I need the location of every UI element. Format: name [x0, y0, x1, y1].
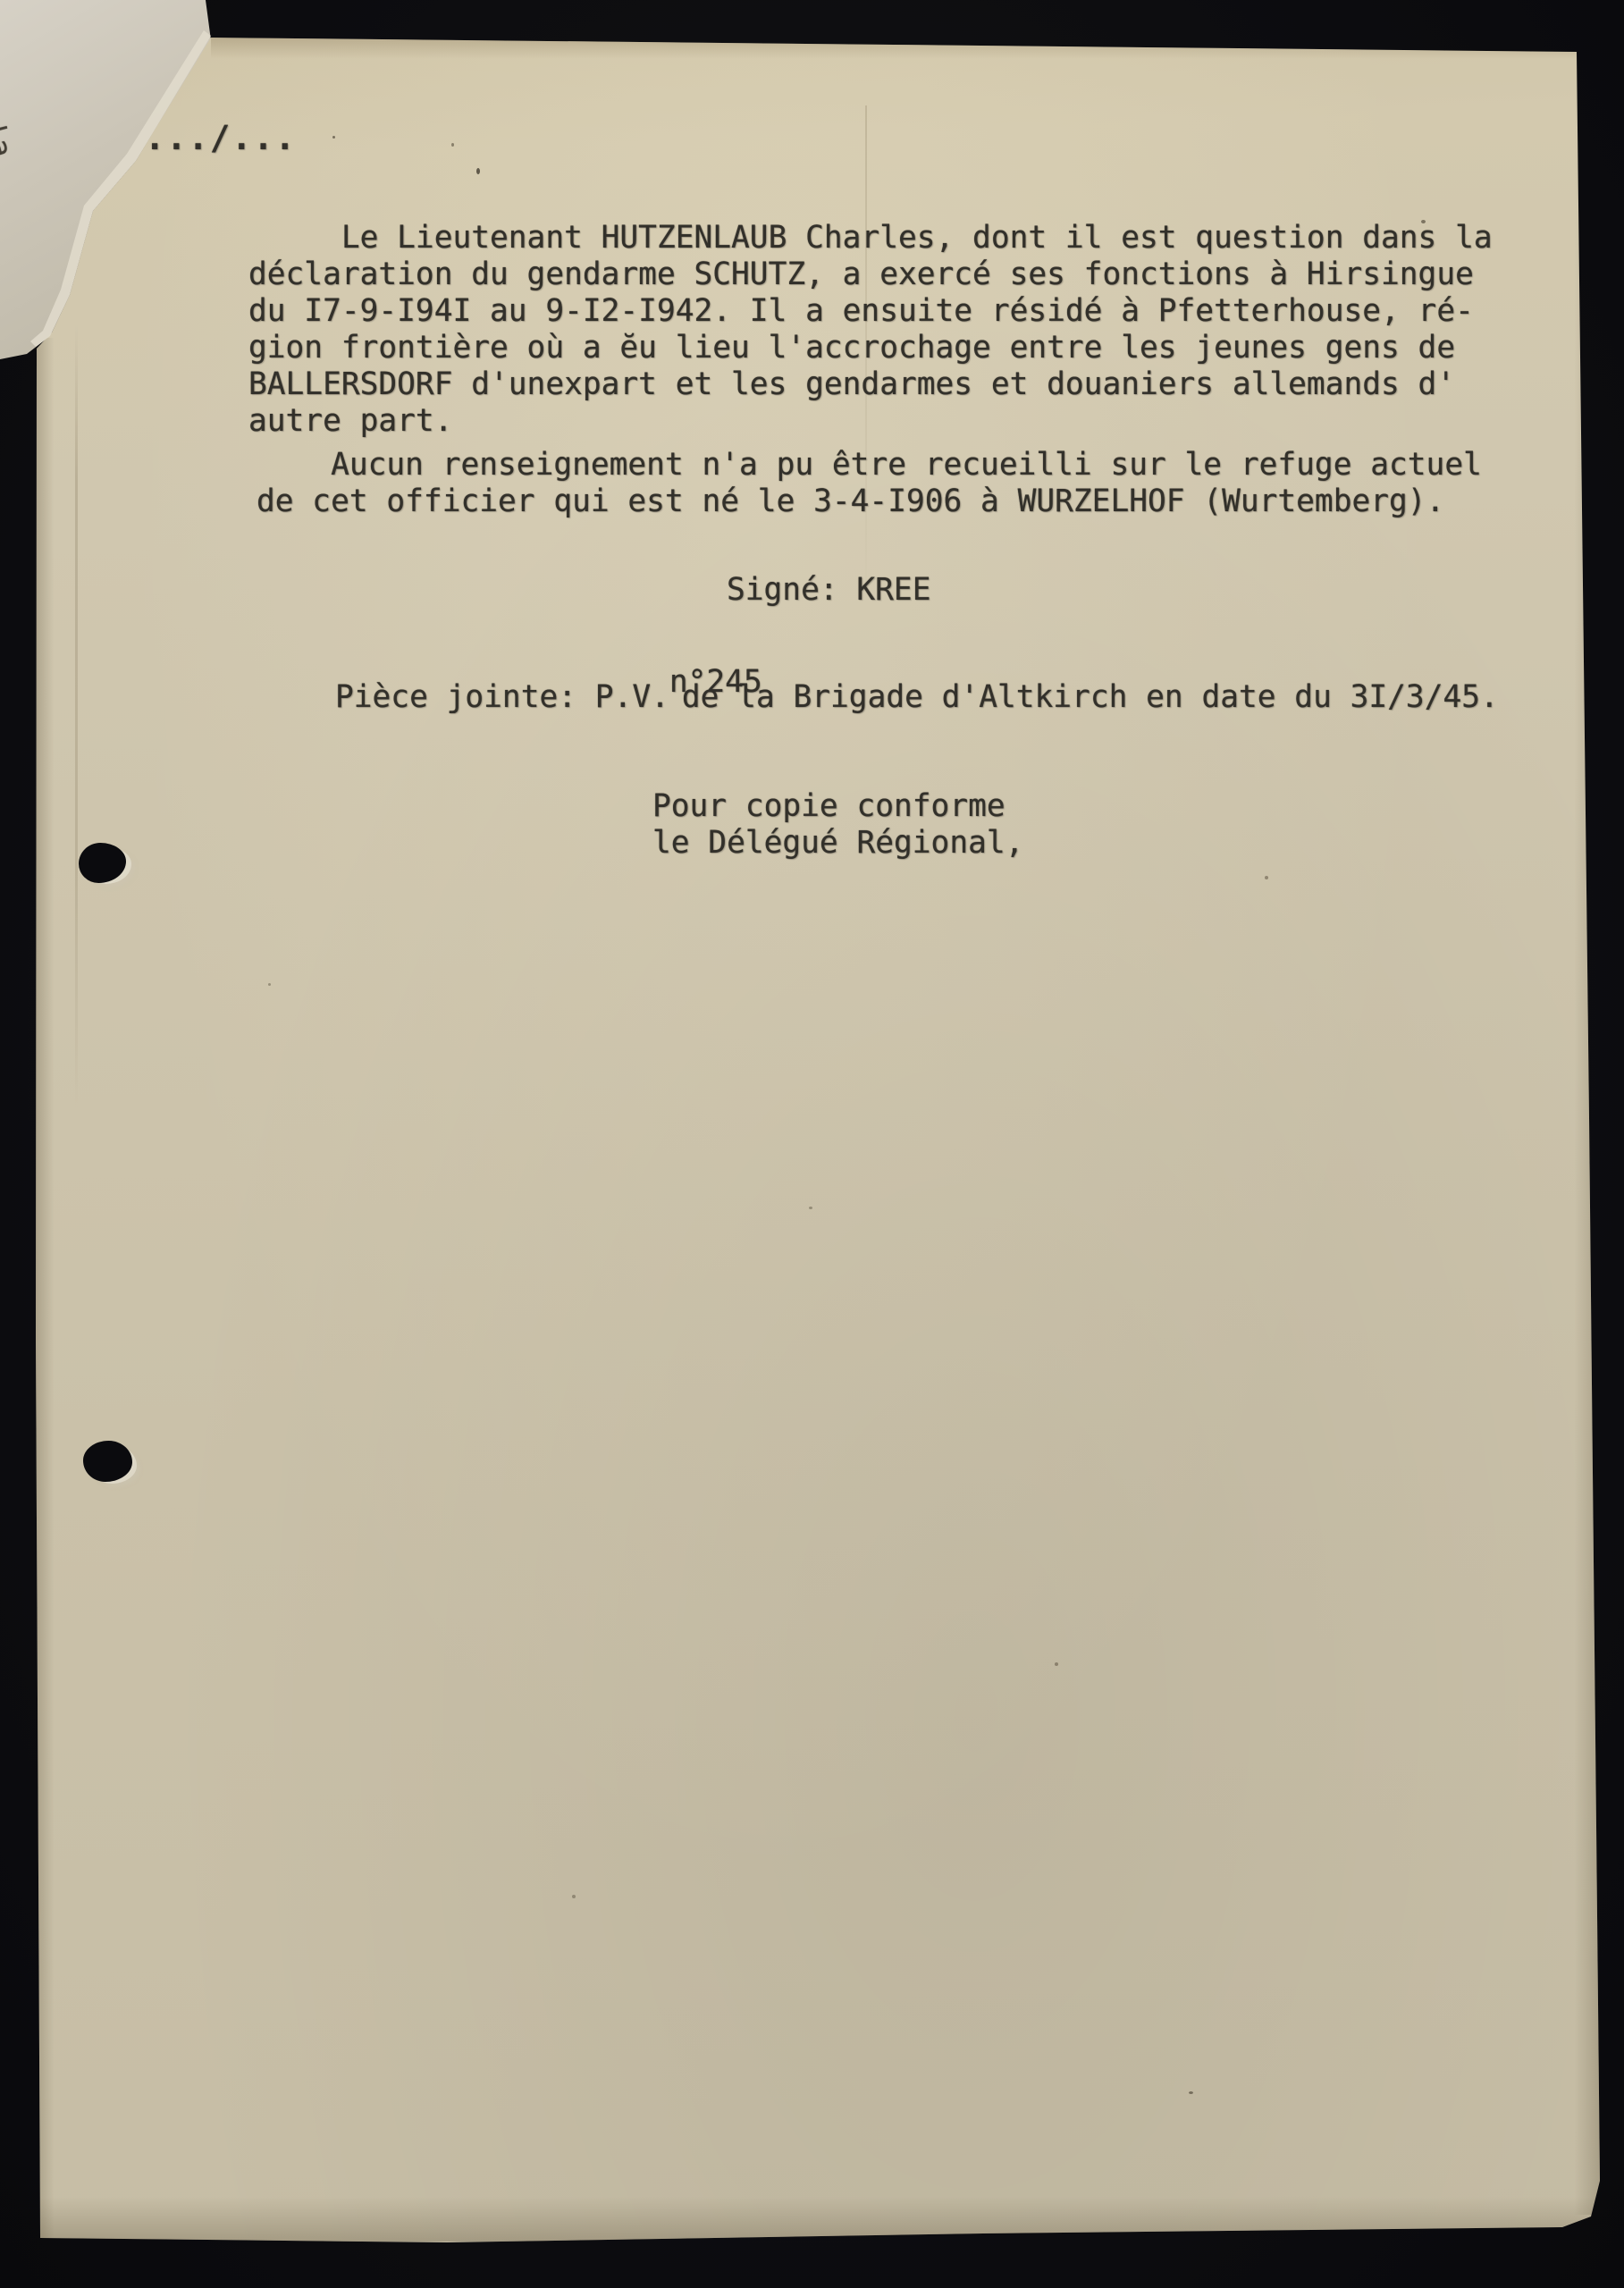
attachment-prefix: Pièce jointe: P.V.	[335, 679, 669, 715]
paragraph-renseignement: Aucun renseignement n'a pu être recueill…	[257, 447, 1482, 520]
signature-line: Signé: KREE	[727, 572, 930, 609]
paper-speck	[572, 1895, 576, 1898]
paper-crease	[75, 324, 78, 1110]
attachment-number-superscript: n°245	[669, 664, 682, 701]
fragment-text-line: ers-	[0, 213, 4, 293]
paper-speck	[332, 136, 335, 139]
paper-speck	[476, 168, 480, 174]
paper-edge-shading	[34, 338, 59, 2240]
paper-speck	[268, 983, 271, 986]
paper-speck	[809, 1207, 812, 1209]
paper-edge-shading	[211, 38, 1578, 59]
paper-speck	[1265, 876, 1268, 879]
document-sheet: .../... Le Lieutenant HUTZENLAUB Charles…	[0, 0, 1624, 2288]
paper-speck	[1189, 2091, 1193, 2094]
continuation-marker: .../...	[145, 120, 297, 156]
attachment-line: Pièce jointe: P.V.n°245de la Brigade d'A…	[335, 679, 1499, 716]
attachment-suffix: de la Brigade d'Altkirch en date du 3I/3…	[682, 679, 1499, 715]
punch-hole-top	[79, 843, 126, 883]
paper-edge-shading	[40, 2197, 1595, 2242]
fragment-text-line: on n'a	[0, 45, 20, 162]
punch-hole-bottom	[83, 1441, 132, 1482]
closing-block: Pour copie conforme le Délégué Régional,	[652, 788, 1023, 862]
paper-speck	[451, 143, 454, 147]
scan-background: on n'a ers- .../... Le Lieutenant HUTZEN…	[0, 0, 1624, 2288]
paragraph-lieutenant-hutzenlaub: Le Lieutenant HUTZENLAUB Charles, dont i…	[248, 220, 1493, 440]
paper-speck	[1055, 1662, 1058, 1666]
paper-edge-shading	[1566, 52, 1600, 2215]
